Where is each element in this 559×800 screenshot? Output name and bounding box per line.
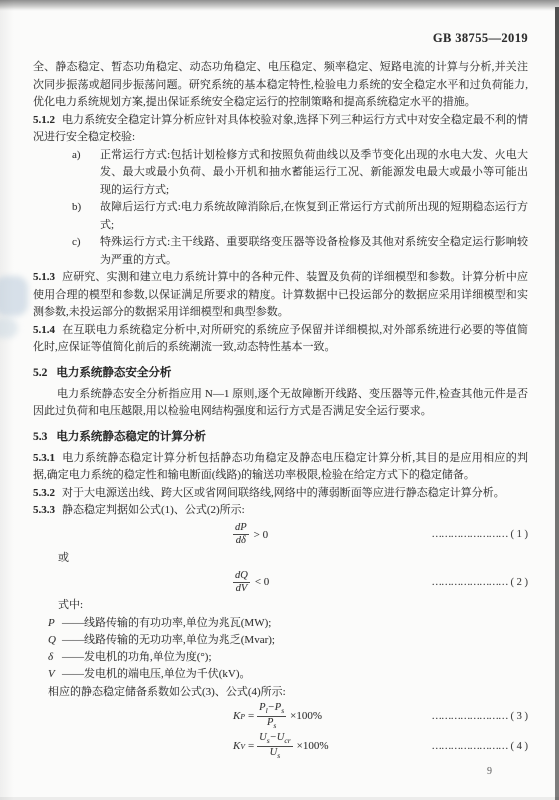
minus-sign: − bbox=[268, 702, 275, 713]
list-item-label: c) bbox=[72, 234, 81, 252]
scan-smudge-mark bbox=[0, 276, 28, 316]
section-heading-5-3: 5.3电力系统静态稳定的计算分析 bbox=[33, 429, 528, 445]
formula-intro: 相应的静态稳定储备系数如公式(3)、公式(4)所示: bbox=[48, 684, 528, 702]
formula-1: dPdδ > 0 ……………………( 1 ) bbox=[33, 520, 528, 550]
clause-text: 对于大电源送出线、跨大区或省网间联络线,网络中的薄弱断面等应进行静态稳定计算分析… bbox=[62, 487, 505, 499]
paragraph-5-2: 电力系统静态安全分析指应用 N—1 原则,逐个无故障断开线路、变压器等元件,检查… bbox=[33, 386, 528, 421]
symbol: Q bbox=[48, 632, 62, 649]
formula-leader: ……………………( 3 ) bbox=[322, 711, 528, 722]
denominator: Ps bbox=[265, 717, 278, 730]
variable: U bbox=[259, 732, 267, 743]
clause-number: 5.3.1 bbox=[33, 452, 62, 464]
clause-text: 电力系统静态稳定计算分析包括静态功角稳定及静态电压稳定计算分析,其目的是应用相应… bbox=[33, 452, 528, 482]
formula-leader: ……………………( 4 ) bbox=[328, 741, 528, 752]
formula-1-expression: dPdδ > 0 bbox=[233, 522, 268, 547]
denominator: Us bbox=[268, 747, 283, 760]
formula-4-expression: KV = Us−Ucr Us ×100% bbox=[233, 732, 328, 760]
symbol-definition-V: V——发电机的端电压,单位为千伏(kV)。 bbox=[48, 666, 528, 683]
formula-leader: ……………………( 2 ) bbox=[269, 577, 528, 588]
clause-text: 电力系统安全稳定计算分析应针对具体校验对象,选择下列三种运行方式中对安全稳定最不… bbox=[33, 114, 528, 144]
formula-2-expression: dQdV < 0 bbox=[233, 570, 269, 595]
paragraph-continuation: 全、静态稳定、暂态功角稳定、动态功角稳定、电压稳定、频率稳定、短路电流的计算与分… bbox=[33, 59, 528, 112]
relation: < 0 bbox=[250, 576, 269, 588]
list-item-text: 故障后运行方式:电力系统故障消除后,在恢复到正常运行方式前所出现的短期稳态运行方… bbox=[100, 201, 528, 231]
formula-2: dQdV < 0 ……………………( 2 ) bbox=[33, 567, 528, 597]
equals-sign: = bbox=[245, 740, 257, 752]
dot-leader: …………………… bbox=[432, 577, 508, 588]
scan-smudge-mark bbox=[0, 318, 18, 338]
variable-subscript: cr bbox=[284, 736, 290, 745]
multiplier: ×100% bbox=[286, 710, 322, 722]
clause-5-1-4: 5.1.4在互联电力系统稳定分析中,对所研究的系统应予保留并详细模拟,对外部系统… bbox=[33, 322, 528, 357]
numerator: Us−Ucr bbox=[257, 732, 292, 746]
clause-text: 在互联电力系统稳定分析中,对所研究的系统应予保留并详细模拟,对外部系统进行必要的… bbox=[33, 324, 528, 354]
formula-number: ( 3 ) bbox=[508, 711, 529, 722]
formula-3-expression: KP = Pl−Ps Ps ×100% bbox=[233, 702, 322, 730]
clause-5-3-1: 5.3.1电力系统静态稳定计算分析包括静态功角稳定及静态电压稳定计算分析,其目的… bbox=[33, 450, 528, 485]
clause-number: 5.3.2 bbox=[33, 487, 62, 499]
formula-number: ( 2 ) bbox=[508, 577, 529, 588]
clause-5-1-3: 5.1.3应研究、实测和建立电力系统计算中的各种元件、装置及负荷的详细模型和参数… bbox=[33, 269, 528, 322]
formula-leader: ……………………( 1 ) bbox=[268, 529, 528, 540]
variable-subscript: s bbox=[273, 721, 276, 730]
list-item-c: c)特殊运行方式:主干线路、重要联络变压器等设备检修及其他对系统安全稳定运行影响… bbox=[33, 234, 528, 269]
symbol-description: ——线路传输的无功功率,单位为兆乏(Mvar); bbox=[62, 634, 275, 646]
formula-number: ( 1 ) bbox=[508, 529, 529, 540]
dot-leader: …………………… bbox=[432, 711, 508, 722]
clause-5-3-2: 5.3.2对于大电源送出线、跨大区或省网间联络线,网络中的薄弱断面等应进行静态稳… bbox=[33, 485, 528, 503]
formula-3: KP = Pl−Ps Ps ×100% ……………………( 3 ) bbox=[33, 701, 528, 731]
clause-text: 应研究、实测和建立电力系统计算中的各种元件、装置及负荷的详细模型和参数。计算分析… bbox=[33, 271, 528, 318]
list-item-a: a)正常运行方式:包括计划检修方式和按照负荷曲线以及季节变化出现的水电大发、火电… bbox=[33, 147, 528, 200]
section-title: 电力系统静态安全分析 bbox=[56, 367, 171, 379]
multiplier: ×100% bbox=[293, 740, 329, 752]
page-number: 9 bbox=[33, 766, 528, 777]
equals-sign: = bbox=[245, 710, 257, 722]
symbol-description: ——发电机的端电压,单位为千伏(kV)。 bbox=[62, 668, 251, 680]
list-item-b: b)故障后运行方式:电力系统故障消除后,在恢复到正常运行方式前所出现的短期稳态运… bbox=[33, 199, 528, 234]
variable-subscript: s bbox=[277, 751, 280, 760]
fraction: dQdV bbox=[233, 570, 250, 595]
clause-number: 5.1.3 bbox=[33, 271, 62, 283]
symbol: V bbox=[48, 666, 62, 683]
list-item-text: 正常运行方式:包括计划检修方式和按照负荷曲线以及季节变化出现的水电大发、火电大发… bbox=[100, 149, 528, 196]
where-label: 式中: bbox=[58, 597, 528, 615]
symbol-description: ——线路传输的有功功率,单位为兆瓦(MW); bbox=[62, 617, 271, 629]
symbol: δ bbox=[48, 649, 62, 666]
clause-number: 5.1.2 bbox=[33, 114, 62, 126]
minus-sign: − bbox=[270, 732, 277, 743]
symbol-definition-P: P——线路传输的有功功率,单位为兆瓦(MW); bbox=[48, 615, 528, 632]
fraction: Pl−Ps Ps bbox=[257, 702, 286, 730]
numerator: Pl−Ps bbox=[257, 702, 286, 716]
numerator: dQ bbox=[233, 570, 250, 583]
symbol-definition-delta: δ——发电机的功角,单位为度(°); bbox=[48, 649, 528, 666]
section-number: 5.2 bbox=[33, 367, 56, 379]
fraction: Us−Ucr Us bbox=[257, 732, 292, 760]
formula-number: ( 4 ) bbox=[508, 741, 529, 752]
section-heading-5-2: 5.2电力系统静态安全分析 bbox=[33, 365, 528, 381]
section-number: 5.3 bbox=[33, 431, 56, 443]
or-word: 或 bbox=[58, 550, 528, 568]
variable-subscript: s bbox=[281, 706, 284, 715]
list-item-text: 特殊运行方式:主干线路、重要联络变压器等设备检修及其他对系统安全稳定运行影响较为… bbox=[100, 236, 528, 266]
clause-number: 5.3.3 bbox=[33, 504, 62, 516]
formula-4: KV = Us−Ucr Us ×100% ……………………( 4 ) bbox=[33, 731, 528, 761]
section-title: 电力系统静态稳定的计算分析 bbox=[56, 431, 206, 443]
scan-right-edge-strip bbox=[555, 7, 559, 800]
clause-5-1-2: 5.1.2电力系统安全稳定计算分析应针对具体校验对象,选择下列三种运行方式中对安… bbox=[33, 112, 528, 147]
dot-leader: …………………… bbox=[432, 741, 508, 752]
scanned-document-page: { "header": { "standard_code": "GB 38755… bbox=[0, 0, 559, 800]
scan-top-edge-band bbox=[0, 0, 559, 11]
dot-leader: …………………… bbox=[432, 529, 508, 540]
fraction: dPdδ bbox=[233, 522, 249, 547]
symbol: P bbox=[48, 615, 62, 632]
standard-code-header: GB 38755—2019 bbox=[33, 31, 528, 46]
clause-text: 静态稳定判据如公式(1)、公式(2)所示: bbox=[62, 504, 245, 516]
denominator: dV bbox=[234, 583, 250, 595]
scan-left-shadow bbox=[0, 0, 14, 800]
clause-5-3-3: 5.3.3静态稳定判据如公式(1)、公式(2)所示: bbox=[33, 502, 528, 520]
symbol-definition-Q: Q——线路传输的无功功率,单位为兆乏(Mvar); bbox=[48, 632, 528, 649]
denominator: dδ bbox=[234, 535, 248, 547]
page-content: GB 38755—2019 全、静态稳定、暂态功角稳定、动态功角稳定、电压稳定、… bbox=[33, 31, 528, 777]
numerator: dP bbox=[233, 522, 249, 535]
symbol-description: ——发电机的功角,单位为度(°); bbox=[62, 651, 212, 663]
relation: > 0 bbox=[249, 529, 268, 541]
clause-number: 5.1.4 bbox=[33, 324, 62, 336]
list-item-label: a) bbox=[72, 147, 81, 165]
list-item-label: b) bbox=[72, 199, 81, 217]
